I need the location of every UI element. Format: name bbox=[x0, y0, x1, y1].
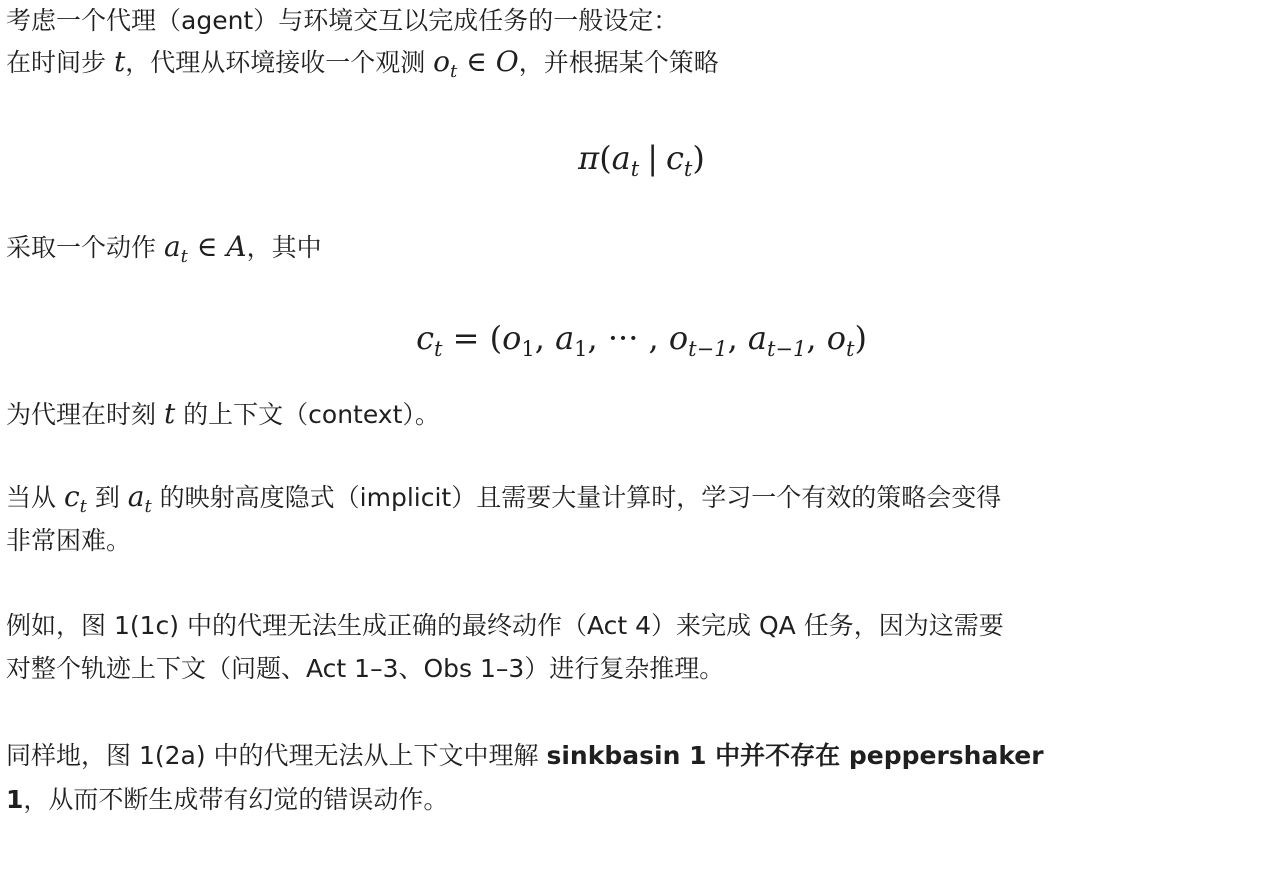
paragraph-intro-line1: 考虑一个代理（agent）与环境交互以完成任务的一般设定： bbox=[6, 0, 678, 42]
document-page: 考虑一个代理（agent）与环境交互以完成任务的一般设定： 在时间步 t，代理从… bbox=[0, 0, 1283, 875]
math-separator: , ··· , bbox=[588, 319, 669, 357]
math-display-policy: π(at|ct) bbox=[578, 139, 705, 177]
math-var: o bbox=[433, 45, 450, 78]
math-separator: , bbox=[535, 319, 555, 357]
math-var: t bbox=[164, 397, 175, 430]
math-display-context: ct = (o1, a1, ··· , ot−1, at−1, ot) bbox=[416, 319, 867, 357]
math-inline-action: at bbox=[128, 480, 152, 513]
math-paren: ) bbox=[854, 319, 866, 357]
math-inline-context: ct bbox=[64, 480, 87, 513]
math-var: A bbox=[226, 230, 246, 263]
text-fragment: 的映射高度隐式（implicit）且需要大量计算时，学习一个有效的策略会变得 bbox=[152, 483, 1002, 512]
text-fragment: 为代理在时刻 bbox=[6, 400, 164, 429]
context-formula: ct = (o1, a1, ··· , ot−1, at−1, ot) bbox=[0, 317, 1283, 362]
paragraph-action: 采取一个动作 at ∈ A，其中 bbox=[6, 226, 322, 269]
math-inline-t: t bbox=[164, 397, 175, 430]
text-fragment: 到 bbox=[87, 483, 128, 512]
paragraph-example-alfworld-line1: 同样地，图 1(2a) 中的代理无法从上下文中理解 sinkbasin 1 中并… bbox=[6, 735, 1044, 777]
text-fragment: ，并根据某个策略 bbox=[519, 48, 719, 77]
math-var: a bbox=[128, 480, 145, 513]
emphasized-text: sinkbasin 1 中并不存在 peppershaker bbox=[546, 741, 1043, 770]
math-subscript: 1 bbox=[521, 337, 534, 361]
math-var: c bbox=[416, 319, 434, 357]
text-fragment: ，代理从环境接收一个观测 bbox=[125, 48, 433, 77]
math-var: o bbox=[502, 319, 521, 357]
math-var: O bbox=[496, 45, 519, 78]
text-fragment: 例如，图 1(1c) 中的代理无法生成正确的最终动作（Act 4）来完成 QA … bbox=[6, 611, 1004, 640]
math-inline-observation: ot ∈ O bbox=[433, 45, 519, 78]
paragraph-example-qa-line2: 对整个轨迹上下文（问题、Act 1–3、Obs 1–3）进行复杂推理。 bbox=[6, 648, 724, 690]
text-fragment: 对整个轨迹上下文（问题、Act 1–3、Obs 1–3）进行复杂推理。 bbox=[6, 654, 724, 683]
math-subscript: t bbox=[80, 496, 87, 517]
math-var: π bbox=[578, 139, 599, 177]
paragraph-context-definition: 为代理在时刻 t 的上下文（context）。 bbox=[6, 393, 440, 436]
math-inline-t: t bbox=[114, 45, 125, 78]
math-inline-action: at ∈ A bbox=[164, 230, 247, 263]
paragraph-intro-line2: 在时间步 t，代理从环境接收一个观测 ot ∈ O，并根据某个策略 bbox=[6, 41, 719, 84]
paragraph-implicit-line1: 当从 ct 到 at 的映射高度隐式（implicit）且需要大量计算时，学习一… bbox=[6, 476, 1001, 519]
math-subscript: t−1 bbox=[767, 337, 806, 361]
math-var: o bbox=[669, 319, 688, 357]
math-operator: ∈ bbox=[457, 45, 496, 78]
text-fragment: ，其中 bbox=[247, 233, 322, 262]
math-subscript: t−1 bbox=[688, 337, 727, 361]
math-operator: = ( bbox=[442, 319, 502, 357]
intro-text: 考虑一个代理（agent）与环境交互以完成任务的一般设定： bbox=[6, 6, 678, 35]
emphasized-text: 1 bbox=[6, 785, 23, 814]
paragraph-example-alfworld-line2: 1，从而不断生成带有幻觉的错误动作。 bbox=[6, 779, 448, 821]
math-var: o bbox=[827, 319, 846, 357]
math-subscript: 1 bbox=[574, 337, 587, 361]
paragraph-implicit-line2: 非常困难。 bbox=[6, 520, 131, 562]
math-var: t bbox=[114, 45, 125, 78]
math-subscript: t bbox=[631, 157, 639, 181]
math-var: c bbox=[666, 139, 684, 177]
paragraph-example-qa-line1: 例如，图 1(1c) 中的代理无法生成正确的最终动作（Act 4）来完成 QA … bbox=[6, 605, 1004, 647]
math-paren: ( bbox=[599, 139, 611, 177]
policy-formula: π(at|ct) bbox=[0, 137, 1283, 182]
text-fragment: 当从 bbox=[6, 483, 64, 512]
math-var: a bbox=[748, 319, 767, 357]
text-fragment: 采取一个动作 bbox=[6, 233, 164, 262]
math-subscript: t bbox=[181, 246, 188, 267]
math-paren: ) bbox=[692, 139, 704, 177]
math-separator: , bbox=[728, 319, 748, 357]
text-fragment: ，从而不断生成带有幻觉的错误动作。 bbox=[23, 785, 448, 814]
text-fragment: 非常困难。 bbox=[6, 526, 131, 555]
text-fragment: 在时间步 bbox=[6, 48, 114, 77]
text-fragment: 同样地，图 1(2a) 中的代理无法从上下文中理解 bbox=[6, 741, 546, 770]
math-var: c bbox=[64, 480, 80, 513]
math-separator: , bbox=[806, 319, 826, 357]
math-var: a bbox=[164, 230, 181, 263]
math-operator: | bbox=[639, 139, 666, 177]
text-fragment: 的上下文（context）。 bbox=[175, 400, 440, 429]
math-var: a bbox=[612, 139, 631, 177]
math-var: a bbox=[555, 319, 574, 357]
math-subscript: t bbox=[144, 496, 151, 517]
math-operator: ∈ bbox=[188, 230, 227, 263]
